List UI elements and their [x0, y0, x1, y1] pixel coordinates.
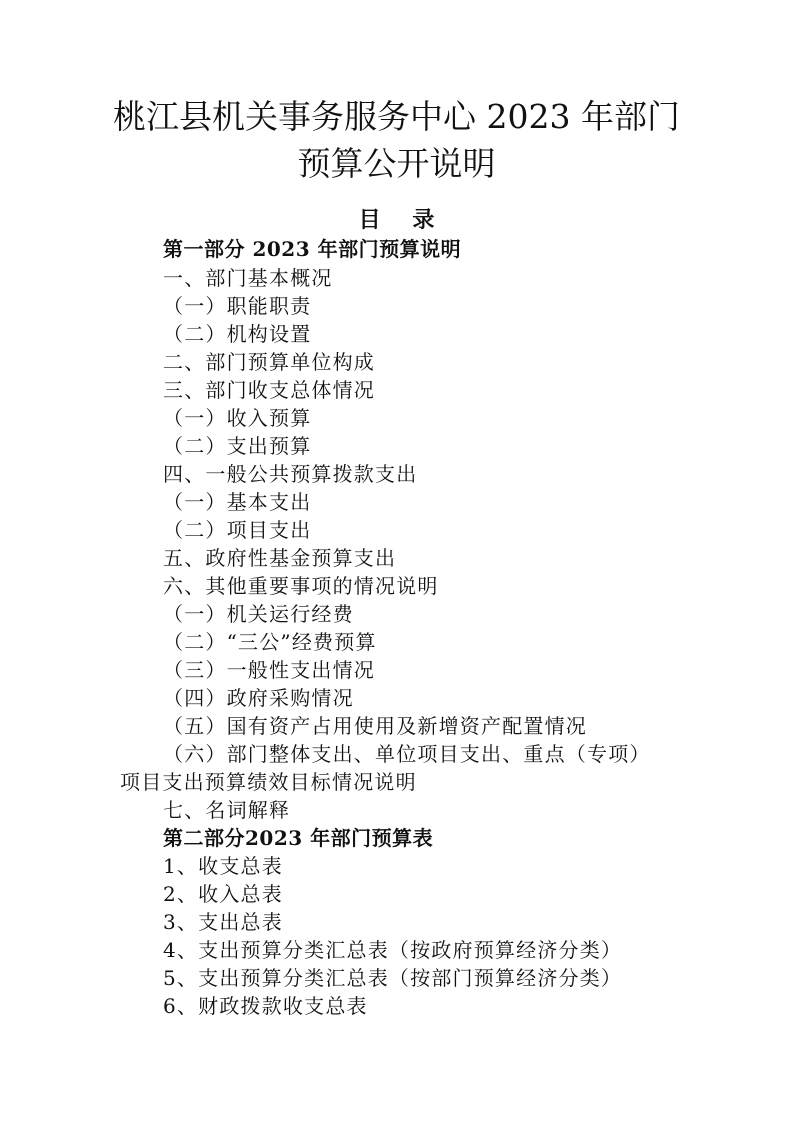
toc-item: 2、收入总表 [163, 881, 283, 907]
toc-item: （二）机构设置 [163, 321, 311, 347]
toc-item: 五、政府性基金预算支出 [163, 545, 396, 571]
toc-item: 七、名词解释 [163, 797, 290, 823]
toc-heading: 目 录 [0, 206, 793, 234]
toc-item: （二）支出预算 [163, 433, 311, 459]
toc-item: 四、一般公共预算拨款支出 [163, 461, 417, 487]
toc-item: 1、收支总表 [163, 853, 283, 879]
toc-item: 3、支出总表 [163, 909, 283, 935]
toc-item: （一）收入预算 [163, 405, 311, 431]
toc-item: 六、其他重要事项的情况说明 [163, 573, 439, 599]
toc-item: 5、支出预算分类汇总表（按部门预算经济分类） [163, 965, 622, 991]
toc-item: （二）“三公”经费预算 [163, 629, 377, 655]
toc-item: （六）部门整体支出、单位项目支出、重点（专项） [163, 741, 651, 767]
toc-part2-heading: 第二部分2023 年部门预算表 [163, 825, 433, 851]
toc-item: （四）政府采购情况 [163, 685, 354, 711]
toc-item: 4、支出预算分类汇总表（按政府预算经济分类） [163, 937, 622, 963]
toc-item-continuation: 项目支出预算绩效目标情况说明 [120, 769, 417, 795]
toc-item: （二）项目支出 [163, 517, 311, 543]
document-page: 桃江县机关事务服务中心 2023 年部门 预算公开说明 目 录 第一部分 202… [0, 0, 793, 1122]
toc-item: （一）机关运行经费 [163, 601, 354, 627]
toc-item: 三、部门收支总体情况 [163, 377, 375, 403]
document-title-line-1: 桃江县机关事务服务中心 2023 年部门 [0, 97, 793, 137]
toc-item: （一）基本支出 [163, 489, 311, 515]
toc-item: 二、部门预算单位构成 [163, 349, 375, 375]
toc-item: （三）一般性支出情况 [163, 657, 375, 683]
toc-item: （五）国有资产占用使用及新增资产配置情况 [163, 713, 587, 739]
toc-part1-heading: 第一部分 2023 年部门预算说明 [163, 236, 461, 262]
document-title-line-2: 预算公开说明 [0, 144, 793, 184]
toc-item: 一、部门基本概况 [163, 265, 333, 291]
toc-item: （一）职能职责 [163, 293, 311, 319]
toc-item: 6、财政拨款收支总表 [163, 993, 368, 1019]
